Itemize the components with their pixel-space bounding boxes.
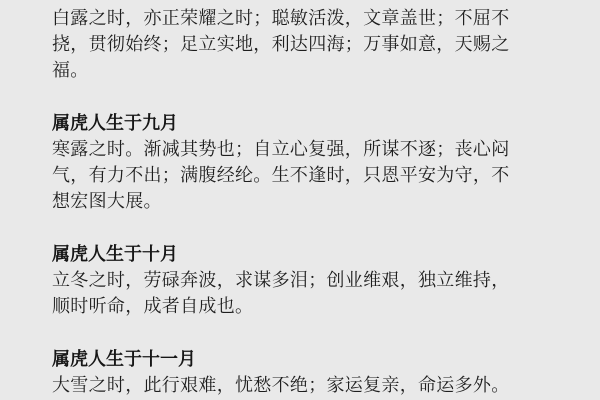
text-line: 福。 [52, 58, 552, 84]
section-heading: 属虎人生于十一月 [52, 347, 552, 373]
section-heading: 属虎人生于九月 [52, 111, 552, 137]
section-paragraph: 立冬之时，劳碌奔波，求谋多泪；创业维艰，独立维持， 顺时听命，成者自成也。 [52, 268, 552, 320]
section-paragraph: 寒露之时。渐减其势也；自立心复强，所谋不逐；丧心闷 气，有力不出；满腹经纶。生不… [52, 137, 552, 215]
text-line: 挠，贯彻始终；足立实地，利达四海；万事如意，天赐之 [52, 32, 552, 58]
section-september: 属虎人生于九月 寒露之时。渐减其势也；自立心复强，所谋不逐；丧心闷 气，有力不出… [52, 111, 552, 215]
section-november: 属虎人生于十一月 大雪之时，此行艰难，忧愁不绝；家运复亲，命运多外。 [52, 347, 552, 399]
section-paragraph: 大雪之时，此行艰难，忧愁不绝；家运复亲，命运多外。 [52, 373, 552, 399]
intro-paragraph: 白露之时，亦正荣耀之时；聪敏活泼，文章盖世；不屈不 挠，贯彻始终；足立实地，利达… [52, 6, 552, 84]
document-body: 白露之时，亦正荣耀之时；聪敏活泼，文章盖世；不屈不 挠，贯彻始终；足立实地，利达… [52, 6, 552, 399]
text-line: 大雪之时，此行艰难，忧愁不绝；家运复亲，命运多外。 [52, 373, 552, 399]
text-line: 寒露之时。渐减其势也；自立心复强，所谋不逐；丧心闷 [52, 137, 552, 163]
section-october: 属虎人生于十月 立冬之时，劳碌奔波，求谋多泪；创业维艰，独立维持， 顺时听命，成… [52, 242, 552, 320]
text-line: 想宏图大展。 [52, 189, 552, 215]
text-line: 立冬之时，劳碌奔波，求谋多泪；创业维艰，独立维持， [52, 268, 552, 294]
section-heading: 属虎人生于十月 [52, 242, 552, 268]
text-line: 气，有力不出；满腹经纶。生不逢时，只恩平安为守，不 [52, 163, 552, 189]
text-line: 白露之时，亦正荣耀之时；聪敏活泼，文章盖世；不屈不 [52, 6, 552, 32]
text-line: 顺时听命，成者自成也。 [52, 294, 552, 320]
